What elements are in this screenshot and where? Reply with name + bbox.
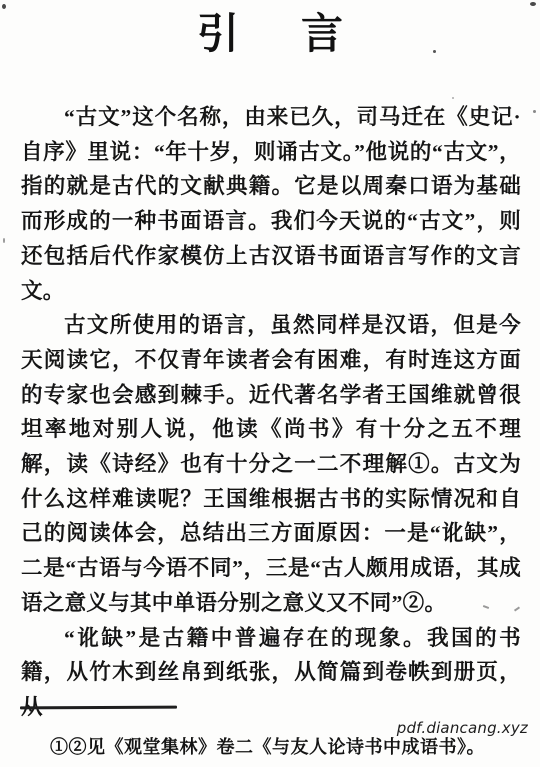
scanned-book-page: 引 言 “古文”这个名称，由来已久，司马迁在《史记·自序》里说：“年十岁，则诵古… <box>0 0 540 767</box>
scan-speck <box>2 4 6 9</box>
body-text: “古文”这个名称，由来已久，司马迁在《史记·自序》里说：“年十岁，则诵古文。”他… <box>21 100 521 725</box>
scan-speck <box>452 97 454 99</box>
paragraph-3: “讹缺”是古籍中普遍存在的现象。我国的书籍，从竹木到丝帛到纸张，从简篇到卷帙到册… <box>21 621 521 725</box>
title-char-2: 言 <box>301 10 343 60</box>
scan-speck <box>533 110 536 113</box>
paragraph-1: “古文”这个名称，由来已久，司马迁在《史记·自序》里说：“年十岁，则诵古文。”他… <box>21 100 521 308</box>
title-char-1: 引 <box>197 10 239 60</box>
scan-speck <box>530 2 536 6</box>
scan-speck <box>433 50 436 53</box>
page-title: 引 言 <box>0 10 540 60</box>
scan-speck <box>3 238 5 243</box>
paragraph-2: 古文所使用的语言，虽然同样是汉语，但是今天阅读它，不仅青年读者会有困难，有时连这… <box>21 308 521 620</box>
footnote: ①②见《观堂集林》卷二《与友人论诗书中成语书》。 <box>50 733 485 759</box>
scan-speck <box>366 120 368 122</box>
